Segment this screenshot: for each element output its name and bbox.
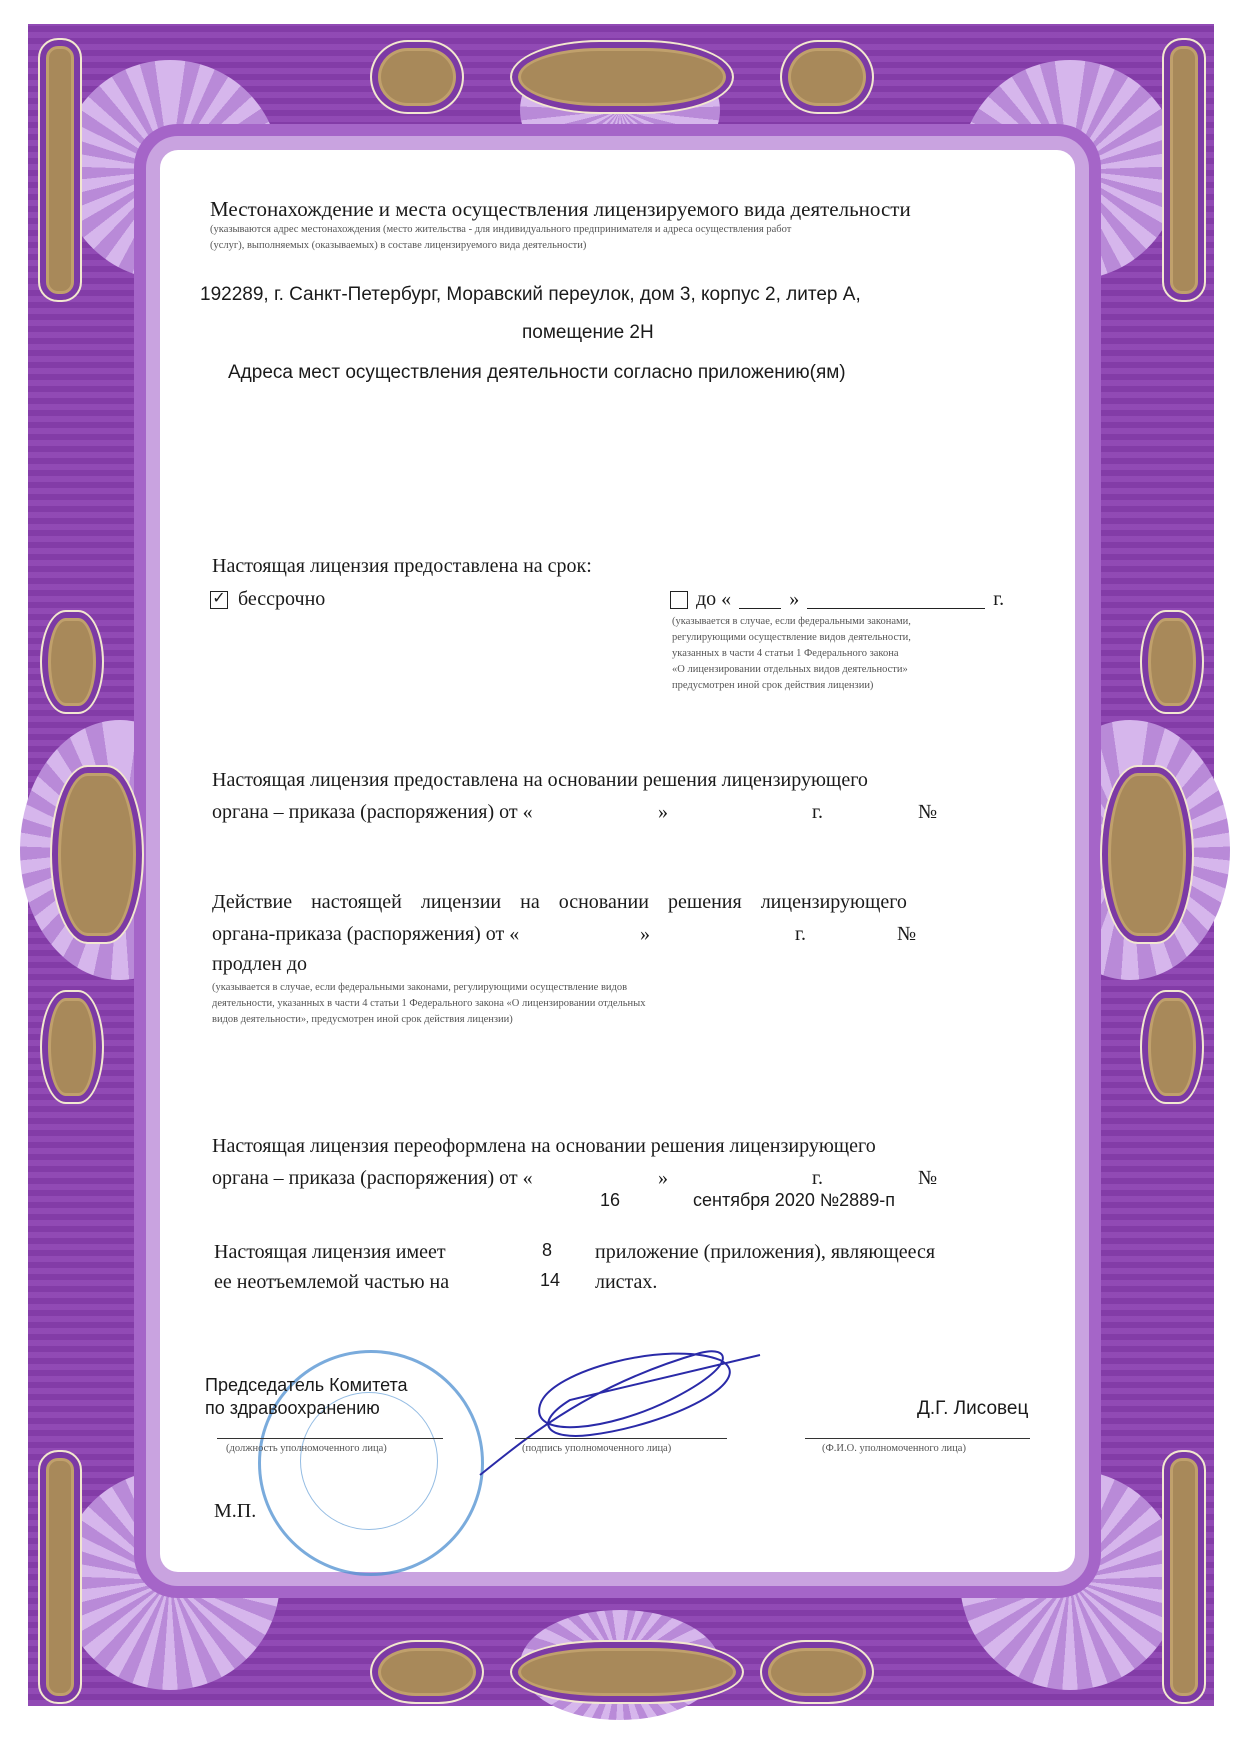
ornament-left-upper: [40, 610, 104, 714]
extension-line2: органа-приказа (распоряжения) от «: [212, 918, 519, 950]
appendix-line2-left: ее неотъемлемой частью на: [214, 1266, 449, 1298]
sheet-count: 14: [540, 1270, 560, 1291]
extension-quote-close: »: [640, 918, 650, 950]
reissue-date-number: сентября 2020 №2889-п: [693, 1190, 895, 1211]
appendix-line1-right: приложение (приложения), являющееся: [595, 1236, 935, 1268]
position-signature-line: [217, 1438, 443, 1439]
term-until-label: до «: [696, 588, 731, 611]
extension-year-suffix: г.: [795, 918, 806, 950]
ornament-top-right-small: [780, 40, 874, 114]
basis-line2: органа – приказа (распоряжения) от «: [212, 796, 533, 828]
basis-quote-close: »: [658, 796, 668, 828]
location-note-line1: (указываются адрес местонахождения (мест…: [210, 222, 791, 238]
ornament-left-lower: [40, 990, 104, 1104]
reissue-number-sign: №: [918, 1162, 937, 1194]
checkbox-empty-icon[interactable]: [670, 591, 688, 609]
seal-label: М.П.: [214, 1500, 256, 1523]
addresses-note: Адреса мест осуществления деятельности с…: [228, 362, 846, 384]
name-line: [805, 1438, 1030, 1439]
address-line1: 192289, г. Санкт-Петербург, Моравский пе…: [200, 284, 861, 306]
extension-line3: продлен до: [212, 948, 307, 980]
signer-position-line1: Председатель Комитета: [205, 1375, 408, 1396]
term-title: Настоящая лицензия предоставлена на срок…: [212, 555, 592, 578]
reissue-quote-close: »: [658, 1162, 668, 1194]
appendix-line1-left: Настоящая лицензия имеет: [214, 1236, 446, 1268]
signature-line: [515, 1438, 727, 1439]
ornament-right-lower: [1140, 990, 1204, 1104]
extension-note: (указывается в случае, если федеральными…: [212, 980, 645, 1028]
basis-year-suffix: г.: [812, 796, 823, 828]
checkbox-checked-icon[interactable]: ✓: [210, 591, 228, 609]
term-until-year-suffix: г.: [993, 588, 1004, 611]
term-unlimited-label: бессрочно: [238, 588, 325, 611]
term-until-day-field[interactable]: [739, 590, 781, 609]
signature-caption: (подпись уполномоченного лица): [522, 1441, 671, 1457]
extension-number-sign: №: [897, 918, 916, 950]
address-line2: помещение 2Н: [522, 322, 654, 344]
signer-name: Д.Г. Лисовец: [917, 1398, 1028, 1420]
name-caption: (Ф.И.О. уполномоченного лица): [822, 1441, 966, 1457]
extension-line1: Действие настоящей лицензии на основании…: [212, 886, 907, 918]
basis-number-sign: №: [918, 796, 937, 828]
location-note-line2: (услуг), выполняемых (оказываемых) в сос…: [210, 238, 586, 254]
ornament-corner-bottom-right: [1162, 1450, 1206, 1704]
reissue-day: 16: [600, 1190, 620, 1211]
position-caption: (должность уполномоченного лица): [226, 1441, 387, 1457]
reissue-line1: Настоящая лицензия переоформлена на осно…: [212, 1130, 876, 1162]
term-until-month-field[interactable]: [807, 590, 985, 609]
ornament-bottom-center: [510, 1640, 744, 1704]
ornament-right-upper: [1140, 610, 1204, 714]
basis-line1: Настоящая лицензия предоставлена на осно…: [212, 764, 868, 796]
term-until-note: (указывается в случае, если федеральными…: [672, 614, 1027, 694]
location-title: Местонахождение и места осуществления ли…: [210, 197, 911, 222]
ornament-bottom-right-small: [760, 1640, 874, 1704]
reissue-line2: органа – приказа (распоряжения) от «: [212, 1162, 533, 1194]
appendix-count: 8: [542, 1240, 552, 1261]
ornament-corner-top-right: [1162, 38, 1206, 302]
ornament-left-middle: [50, 765, 144, 944]
term-until-quote-close: »: [789, 588, 799, 611]
ornament-top-left-small: [370, 40, 464, 114]
appendix-line2-right: листах.: [595, 1266, 657, 1298]
ornament-bottom-left-small: [370, 1640, 484, 1704]
ornament-right-middle: [1100, 765, 1194, 944]
ornament-corner-bottom-left: [38, 1450, 82, 1704]
handwritten-signature: [470, 1345, 770, 1480]
ornament-corner-top-left: [38, 38, 82, 302]
ornament-top-center: [510, 40, 734, 114]
term-unlimited-option[interactable]: ✓ бессрочно: [210, 588, 325, 611]
term-until-option[interactable]: до « » г.: [670, 588, 1004, 611]
signer-position-line2: по здравоохранению: [205, 1398, 380, 1419]
